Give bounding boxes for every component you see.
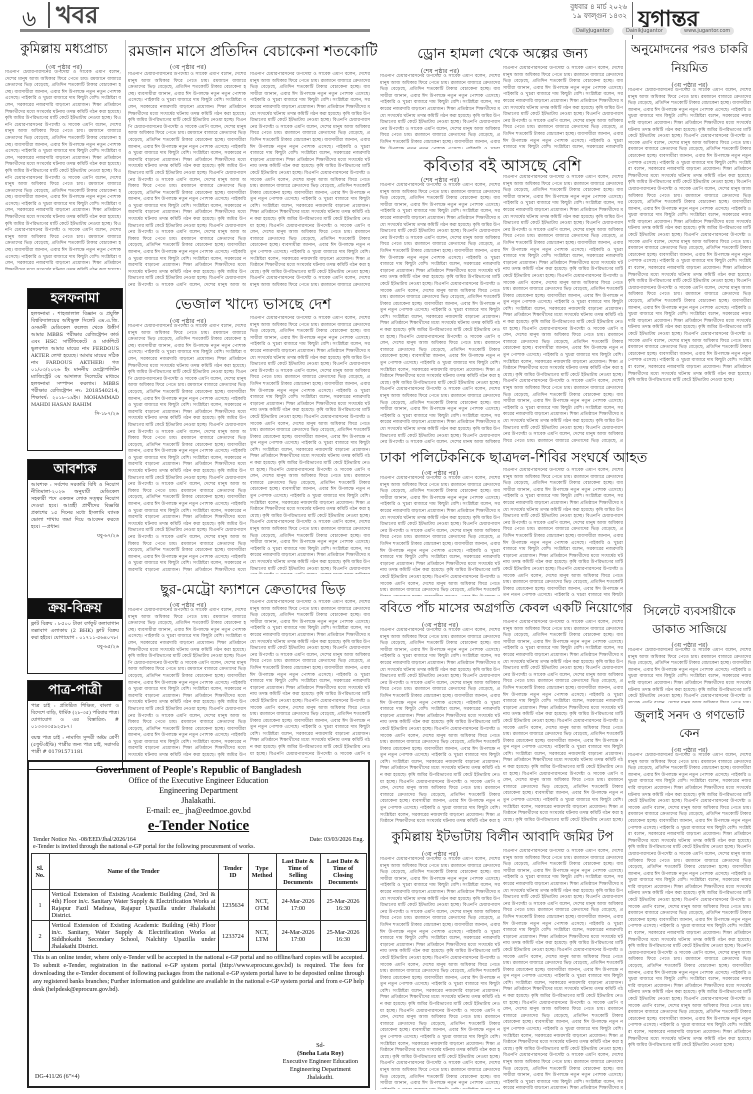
tender-table: Sl. No. Name of the Tender Tender ID Typ… [31,853,367,952]
article-body: বিএনপি চেয়ারপারসনের উপদেষ্টা ও সাবেক এম… [503,66,623,149]
page-number: ৬ [22,2,36,39]
column-divider [625,40,626,1090]
article-body: বিএনপি চেয়ারপারসনের উপদেষ্টা ও সাবেক এম… [128,72,246,287]
signature-block: Sd- (Sneha Lata Roy) Executive Engineer … [283,1042,358,1082]
column-header: Sl. No. [31,854,49,890]
article-body: বিএনপি চেয়ারপারসনের উপদেষ্টা ও সাবেক এম… [503,849,623,1089]
table-row: 1 Vertical Extension of Existing Academi… [31,890,366,921]
notice-date: Date: 03/03/2026 Eng. [310,837,365,843]
ad-text: আবশ্যক : সর্বশেষ সরকারি বিধি ও নিয়োগ নী… [28,480,122,533]
headline: ছুর-মেট্রো ফ্যাশনে ক্রেতাদের ভিড় [128,578,378,602]
ad-heading: পাত্র-পাত্রী [28,681,122,701]
signer-place: Jhalakathi. [283,1074,358,1082]
signer-name: (Sneha Lata Roy) [283,1050,358,1058]
ad-heading: হলফনামা [28,289,122,309]
column-divider [375,760,376,1090]
article-body: বিএনপি চেয়ারপারসনের উপদেষ্টা ও সাবেক এম… [250,600,370,758]
signer-title: Executive Engineer Education [283,1058,358,1066]
masthead: ৬ খবর বুধবার ৪ মার্চ ২০২৬১৯ ফাল্গুন ১৪৩২… [0,0,753,36]
serial-cell: 1 [31,890,49,921]
article-body: বিএনপি চেয়ারপারসনের উপদেষ্টা ও সাবেক এম… [380,74,500,149]
government-title: Government of People's Republic of Bangl… [29,765,368,776]
column-divider [125,40,126,760]
tender-footer-text: This is an online tender, where only e-T… [29,952,368,996]
headline: সিলেটে ব্যবসায়ীকে ডাকাত সাজিয়ে [628,602,751,638]
facebook-handle[interactable]: DainikJugantor [622,27,667,35]
headline: অনুমোদনের পরও চাকরি নিয়মিত [628,40,751,78]
selling-date-cell: 24-Mar-2026 17:00 [276,921,320,952]
tender-name-cell: Vertical Extension of Existing Academic … [49,890,218,921]
ad-heading: ক্রয়-বিক্রয় [28,599,122,619]
article-body: বিএনপি চেয়ারপারসনের উপদেষ্টা ও সাবেক এম… [128,608,246,758]
ad-text: পাত্র চাই : প্রতিষ্ঠিত শিক্ষিত, বাংলা ও … [28,701,122,733]
date-block: বুধবার ৪ মার্চ ২০২৬১৯ ফাল্গুন ১৪৩২ [565,3,627,21]
article-body: বিএনপি চেয়ারপারসনের উপদেষ্টা ও সাবেক এম… [503,468,623,596]
tender-id-cell: 1233724 [218,921,248,952]
ad-text-2: বয়স্ক পাত্র চাই : নামাজি সুন্দরী অষ্টম … [28,733,122,758]
closing-date-cell: 25-Mar-2026 16:30 [320,890,366,921]
headline: ভেজাল খাদ্যে ভাসছে দেশ [128,293,378,318]
headline: কুমিল্লায় মধ্যপ্রাচ্য [5,40,123,61]
column-header: Tender ID [218,854,248,890]
article-body: বিএনপি চেয়ারপারসনের উপদেষ্টা ও সাবেক এম… [5,70,121,270]
twitter-handle[interactable]: DailyJugantor [572,27,614,35]
date-line-bangla: ১৯ ফাল্গুন ১৪৩২ [565,12,627,21]
affidavit-ad: হলফনামা হলফনামা : শাহজালাল বিজ্ঞান ও প্র… [27,288,123,451]
column-header: Type Method [248,854,276,890]
column-header: Name of the Tender [49,854,218,890]
ad-heading: আবশ্যক [28,460,122,480]
article-body: বিএনপি চেয়ারপারসনের উপদেষ্টা ও সাবেক এম… [503,620,623,823]
matrimony-ad: পাত্র-পাত্রী পাত্র চাই : প্রতিষ্ঠিত শিক্… [27,680,123,770]
article-body: বিএনপি চেয়ারপারসনের উপদেষ্টা ও সাবেক এম… [628,648,751,703]
ad-code: যবু-৬৭/২৬ [28,533,122,542]
tender-id-cell: 1235634 [218,890,248,921]
headline: জুলাই সনদ ও গণভোট কেন [628,706,751,742]
section-title: খবর [48,2,98,28]
column-header: Last Date & Time of Selling Documents [276,854,320,890]
headline: ড্রোন হামলা থেকে অল্পের জন্য [380,42,625,66]
article-body: বিএনপি চেয়ারপারসনের উপদেষ্টা ও সাবেক এম… [628,88,751,598]
notice-number: Tender Notice No. -08/EED/Jhal/2026/164 [33,837,136,843]
article-body: বিএনপি চেয়ারপারসনের উপদেষ্টা ও সাবেক এম… [380,476,500,596]
closing-date-cell: 25-Mar-2026 16:30 [320,921,366,952]
wanted-ad: আবশ্যক আবশ্যক : সর্বশেষ সরকারি বিধি ও নি… [27,459,123,619]
article-body: বিএনপি চেয়ারপারসনের উপদেষ্টা ও সাবেক এম… [380,857,500,1089]
notice-title: e-Tender Notice [29,818,368,835]
selling-date-cell: 24-Mar-2026 17:00 [276,890,320,921]
headline: ববিতে পাঁচ মাসের অগ্রগতি কেবল একটি নিয়ো… [380,600,625,620]
notice-intro: e-Tender is invited through the national… [29,843,368,851]
tender-name-cell: Vertical Extension of Existing Academic … [49,921,218,952]
website-link[interactable]: www.jugantor.com [680,27,734,35]
article-body: বিএনপি চেয়ারপারসনের উপদেষ্টা ও সাবেক এম… [250,316,370,574]
article-body: বিএনপি চেয়ারপারসনের উপদেষ্টা ও সাবেক এম… [250,72,370,287]
ad-code: সি-১৮৭/২৬ [28,411,122,420]
office-place: Jhalakathi. [29,796,368,806]
department-name: Engineering Department [29,786,368,796]
signer-department: Engineering Department [283,1066,358,1074]
office-name: Office of the Executive Engineer Educati… [29,776,368,786]
ad-text: ফ্লাট বিক্রয় : ৮৫০০ টাকা বর্গফুট কলাবাগ… [28,619,122,644]
headline: কুমিল্লায় ইটভাটায় বিলীন আবাদি জমির টপ [380,828,625,849]
header-rule [20,29,370,32]
article-body: বিএনপি চেয়ারপারসনের উপদেষ্টা ও সাবেক এম… [628,753,751,1089]
dg-code: DG-411/26 (6"×4) [35,1074,79,1080]
ad-text: হলফনামা : শাহজালাল বিজ্ঞান ও প্রযুক্তি ব… [28,309,122,411]
article-body: বিএনপি চেয়ারপারসনের উপদেষ্টা ও সাবেক এম… [380,183,500,443]
date-line: বুধবার ৪ মার্চ ২০২৬ [565,3,627,12]
e-tender-notice: Government of People's Republic of Bangl… [27,760,370,1088]
serial-cell: 2 [31,921,49,952]
article-body: বিএনপি চেয়ারপারসনের উপদেষ্টা ও সাবেক এম… [128,324,246,574]
buy-sell-ad: ক্রয়-বিক্রয় ফ্লাট বিক্রয় : ৮৫০০ টাকা … [27,598,123,674]
table-row: 2 Vertical Extension of Existing Academi… [31,921,366,952]
method-cell: NCT, OTM [248,890,276,921]
ad-code: যবু-৬৫/২৬ [28,644,122,653]
signed-mark: Sd- [283,1042,358,1050]
method-cell: NCT, LTM [248,921,276,952]
article-body: বিএনপি চেয়ারপারসনের উপদেষ্টা ও সাবেক এম… [380,628,500,823]
article-body: বিএনপি চেয়ারপারসনের উপদেষ্টা ও সাবেক এম… [503,175,623,443]
office-email: E-mail: ee_ jha@eedmoe.gov.bd [29,806,368,816]
column-header: Last Date & Time of Closing Documents [320,854,366,890]
headline: ঢাকা পলিটেকনিকে ছাত্রদল-শিবির সংঘর্ষে আহ… [380,446,625,470]
